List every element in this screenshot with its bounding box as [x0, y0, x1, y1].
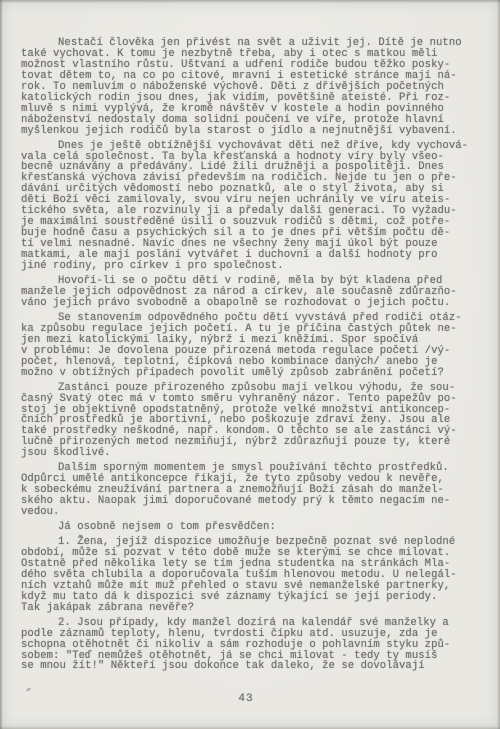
- text-line: Já osobně nejsem o tom přesvědčen:: [21, 522, 487, 533]
- paragraph: Hovoří-li se o počtu dětí v rodině, měla…: [21, 276, 487, 309]
- text-line: váno jejich právo svobodně a obapolně se…: [21, 298, 487, 309]
- text-line: vedou.: [21, 507, 487, 518]
- scan-speck: [26, 687, 32, 692]
- paragraph: Dalším sporným momentem je smysl používá…: [21, 463, 487, 518]
- paragraph: Nestačí člověka jen přivést na svět a už…: [21, 38, 487, 137]
- text-line: jiné rodiny, pro církev i pro společnost…: [21, 261, 487, 272]
- text-line: jsou škodlivé.: [21, 448, 487, 459]
- text-line: možno v obtížných případech povolit uměl…: [21, 368, 487, 379]
- text-line: myšlenkou jejich rodičů byla starost o j…: [21, 126, 487, 137]
- text-line: Zastánci pouze přirozeného způsobu mají …: [21, 383, 487, 394]
- scan-edge-top: [0, 0, 500, 3]
- page-text: Nestačí člověka jen přivést na svět a už…: [21, 38, 487, 676]
- text-line: časný Svatý otec má v tomto směru vyhran…: [21, 394, 487, 405]
- page-number: 43: [0, 693, 492, 705]
- paragraph: Se stanovením odpovědného počtu dětí vyv…: [21, 313, 487, 379]
- text-line: ského aktu. Naopak jimi doporučované met…: [21, 496, 487, 507]
- paragraph: 2. Jsou případy, kdy manžel dozírá na ka…: [21, 618, 487, 673]
- text-line: Tak jakápak zábrana nevěře?: [21, 603, 487, 614]
- text-line: 2. Jsou případy, kdy manžel dozírá na ka…: [21, 618, 487, 629]
- scanned-document-page: Nestačí člověka jen přivést na svět a už…: [0, 0, 500, 729]
- paragraph: 1. Žena, jejíž dispozice umožňuje bezpeč…: [21, 537, 487, 614]
- text-line: Dnes je ještě obtížnější vychovávat děti…: [21, 141, 487, 152]
- text-line: náboženství nedostaly doma solidní pouče…: [21, 115, 487, 126]
- paragraph: Zastánci pouze přirozeného způsobu mají …: [21, 383, 487, 460]
- text-line: počet, hlenová, teplotní, čípková nebo k…: [21, 357, 487, 368]
- paragraph: Dnes je ještě obtížnější vychovávat děti…: [21, 141, 487, 272]
- text-line: podle záznamů teploty, hlenu, tvrdosti č…: [21, 629, 487, 640]
- text-line: schopna otěhotnět či nikoliv a sám rozho…: [21, 640, 487, 651]
- paragraph: Já osobně nejsem o tom přesvědčen:: [21, 522, 487, 533]
- scan-edge-left: [0, 0, 3, 729]
- text-line: se mnou žít!" Někteří jsou dokonce tak d…: [21, 661, 487, 672]
